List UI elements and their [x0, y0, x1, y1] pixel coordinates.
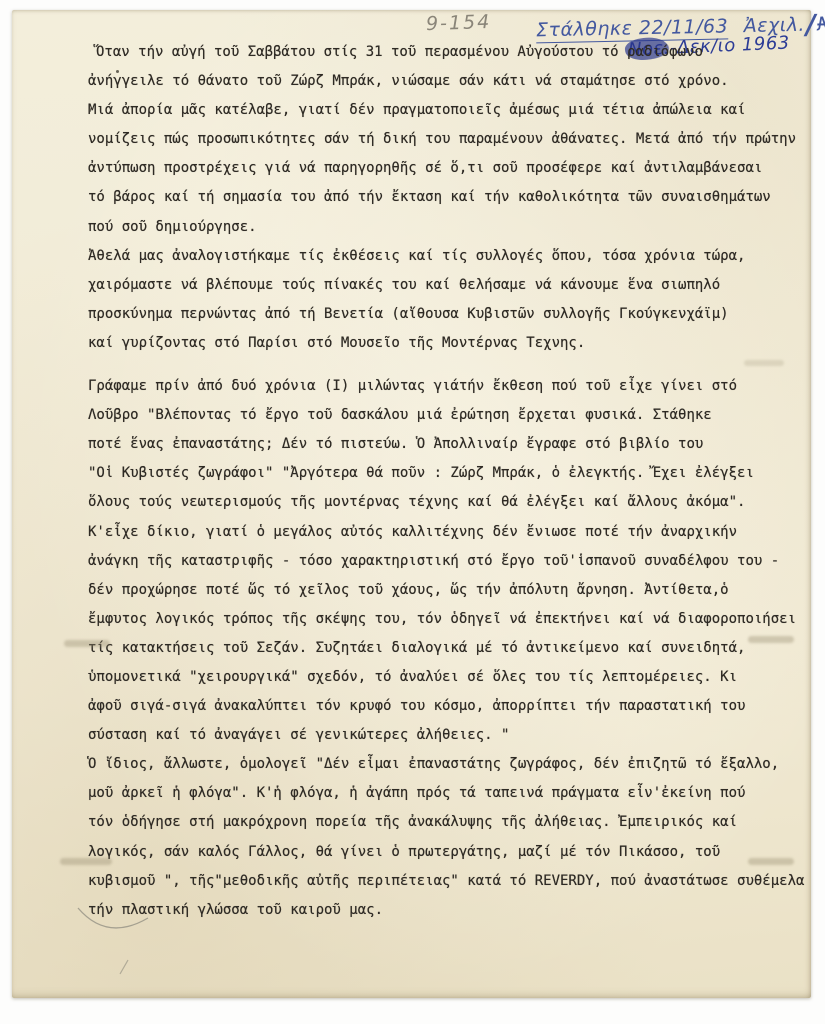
pencil-tick-mark [120, 960, 128, 974]
ink-crossed-number: №42 [817, 13, 825, 36]
pencil-arc-mark [78, 908, 148, 928]
pencil-marks-overlay [12, 10, 811, 998]
paper-sheet: 9-154 Στάλθηκε 22/11/63 Ἀεχιλ./№42 Νοε.-… [12, 10, 811, 998]
scanned-document: 9-154 Στάλθηκε 22/11/63 Ἀεχιλ./№42 Νοε.-… [0, 0, 825, 1024]
